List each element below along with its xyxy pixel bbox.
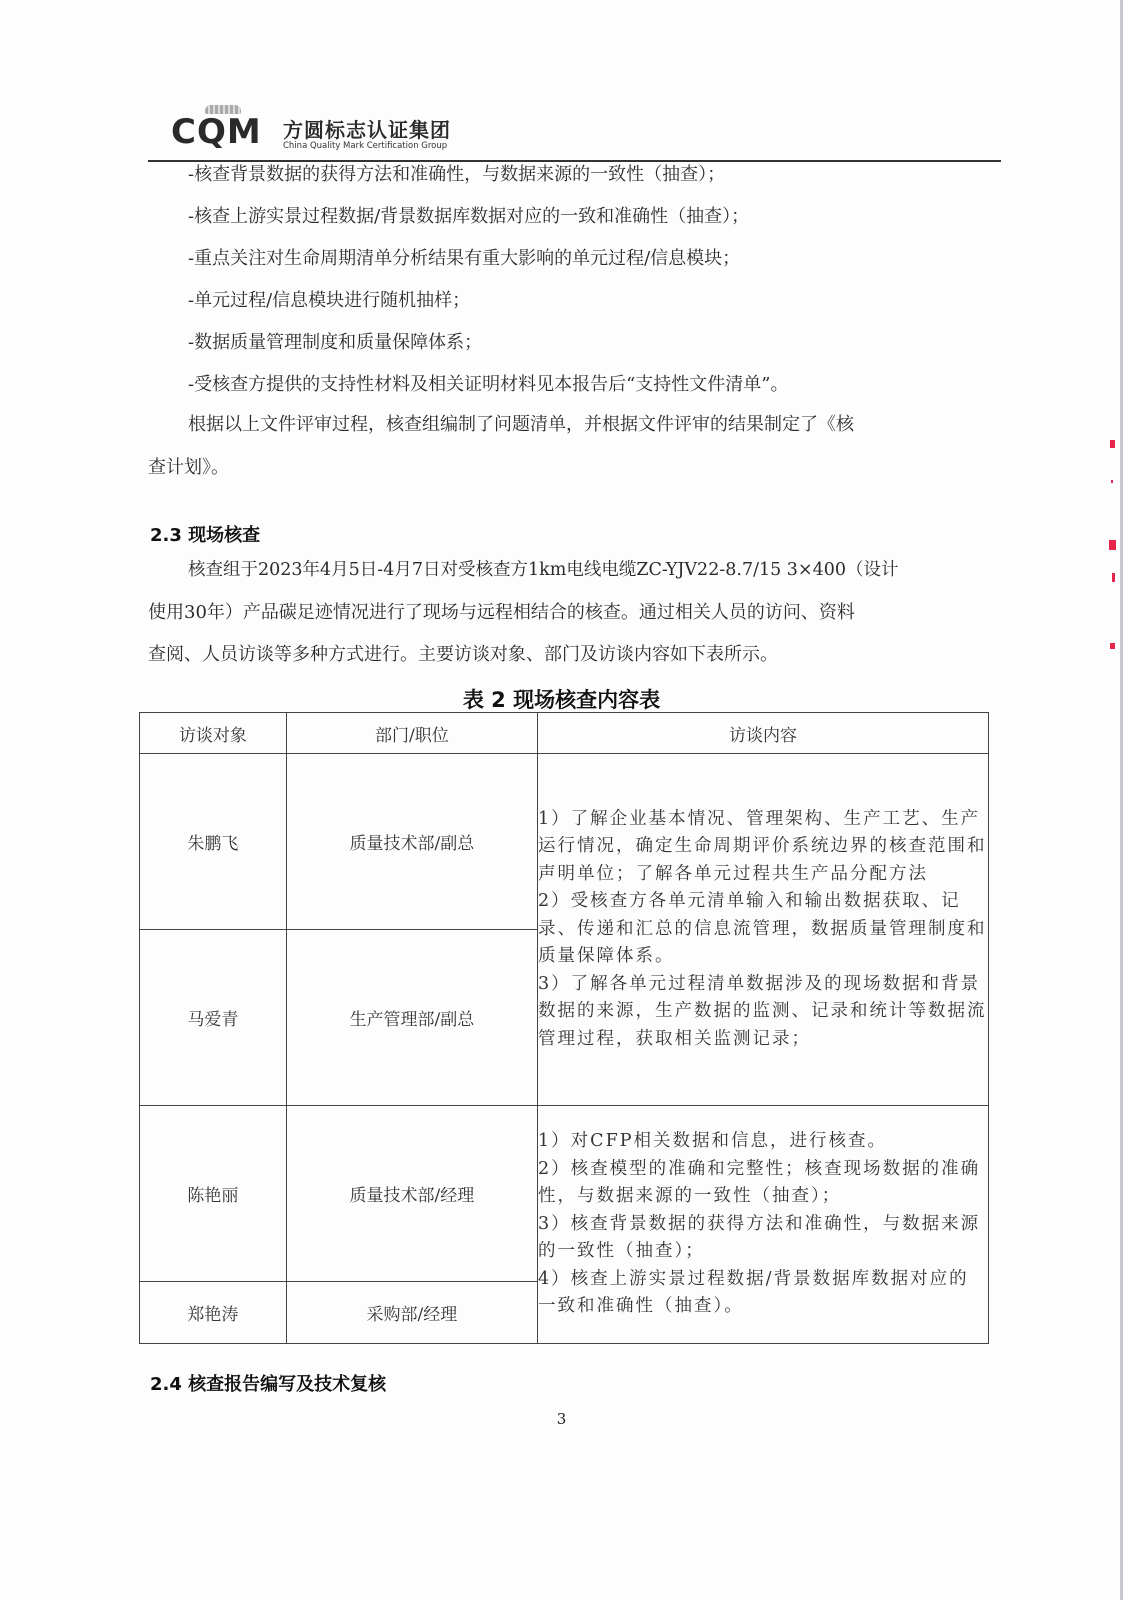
letterhead: CQM 方圆标志认证集团 China Quality Mark Certific… — [171, 100, 1001, 162]
seal-fragment — [1110, 643, 1115, 649]
logo-chinese-name: 方圆标志认证集团 — [283, 114, 451, 143]
header-content: 访谈内容 — [538, 713, 989, 754]
content-item: 1）对CFP相关数据和信息，进行核查。 — [538, 1128, 988, 1156]
content-item: 3）了解各单元过程清单数据涉及的现场数据和背景数据的来源，生产数据的监测、记录和… — [538, 971, 988, 1054]
header-divider — [148, 160, 1001, 162]
interviewee-name: 郑艳涛 — [140, 1282, 287, 1344]
page-number: 3 — [0, 1410, 1123, 1428]
table-row: 朱鹏飞 质量技术部/副总 1）了解企业基本情况、管理架构、生产工艺、生产运行情况… — [140, 754, 989, 930]
section-2-3-line-1: 核查组于2023年4月5日-4月7日对受核查方1km电线电缆ZC-YJV22-8… — [188, 560, 899, 580]
table-header-row: 访谈对象 部门/职位 访谈内容 — [140, 713, 989, 754]
interviewee-name: 朱鹏飞 — [140, 754, 287, 930]
content-item: 2）核查模型的准确和完整性；核查现场数据的准确性，与数据来源的一致性（抽查）； — [538, 1156, 988, 1211]
inspection-content-table: 访谈对象 部门/职位 访谈内容 朱鹏飞 质量技术部/副总 1）了解企业基本情况、… — [139, 712, 989, 1344]
header-department: 部门/职位 — [286, 713, 537, 754]
bullet-4: -单元过程/信息模块进行随机抽样； — [188, 291, 470, 311]
interviewee-dept: 质量技术部/经理 — [286, 1106, 537, 1282]
table-title: 表 2 现场核查内容表 — [0, 684, 1123, 714]
interviewee-dept: 生产管理部/副总 — [286, 930, 537, 1106]
interview-content-group-1: 1）了解企业基本情况、管理架构、生产工艺、生产运行情况，确定生命周期评价系统边界… — [538, 754, 989, 1106]
content-item: 3）核查背景数据的获得方法和准确性，与数据来源的一致性（抽查）； — [538, 1211, 988, 1266]
bullet-3: -重点关注对生命周期清单分析结果有重大影响的单元过程/信息模块； — [188, 249, 740, 269]
content-item: 2）受核查方各单元清单输入和输出数据获取、记录、传递和汇总的信息流管理，数据质量… — [538, 888, 988, 971]
seal-fragment — [1111, 480, 1113, 483]
bullet-2: -核查上游实景过程数据/背景数据库数据对应的一致和准确性（抽查）； — [188, 207, 749, 227]
interviewee-name: 马爱青 — [140, 930, 287, 1106]
interviewee-dept: 采购部/经理 — [286, 1282, 537, 1344]
section-2-3-line-2: 使用30年）产品碳足迹情况进行了现场与远程相结合的核查。通过相关人员的访问、资料 — [148, 603, 855, 623]
interviewee-name: 陈艳丽 — [140, 1106, 287, 1282]
seal-fragment — [1110, 440, 1115, 448]
header-interviewee: 访谈对象 — [140, 713, 287, 754]
content-item: 4）核查上游实景过程数据/背景数据库数据对应的一致和准确性（抽查）。 — [538, 1266, 988, 1321]
interview-content-group-2: 1）对CFP相关数据和信息，进行核查。 2）核查模型的准确和完整性；核查现场数据… — [538, 1106, 989, 1344]
section-2-3-line-3: 查阅、人员访谈等多种方式进行。主要访谈对象、部门及访谈内容如下表所示。 — [148, 645, 778, 665]
table-row: 陈艳丽 质量技术部/经理 1）对CFP相关数据和信息，进行核查。 2）核查模型的… — [140, 1106, 989, 1282]
bullet-1: -核查背景数据的获得方法和准确性，与数据来源的一致性（抽查）； — [188, 165, 725, 185]
seal-fragment — [1109, 540, 1116, 550]
content-item: 1）了解企业基本情况、管理架构、生产工艺、生产运行情况，确定生命周期评价系统边界… — [538, 806, 988, 889]
seal-fragment — [1112, 573, 1115, 582]
bullet-6: -受核查方提供的支持性材料及相关证明材料见本报告后“支持性文件清单”。 — [188, 375, 788, 395]
logo-mark: CQM — [171, 112, 262, 152]
bullet-5: -数据质量管理制度和质量保障体系； — [188, 333, 482, 353]
section-heading-2-4: 2.4 核查报告编写及技术复核 — [150, 1370, 386, 1396]
interviewee-dept: 质量技术部/副总 — [286, 754, 537, 930]
logo-english-name: China Quality Mark Certification Group — [283, 141, 447, 151]
summary-line-1: 根据以上文件评审过程，核查组编制了问题清单，并根据文件评审的结果制定了《核 — [188, 415, 854, 435]
section-heading-2-3: 2.3 现场核查 — [150, 521, 260, 547]
summary-line-2: 查计划》。 — [148, 458, 229, 478]
